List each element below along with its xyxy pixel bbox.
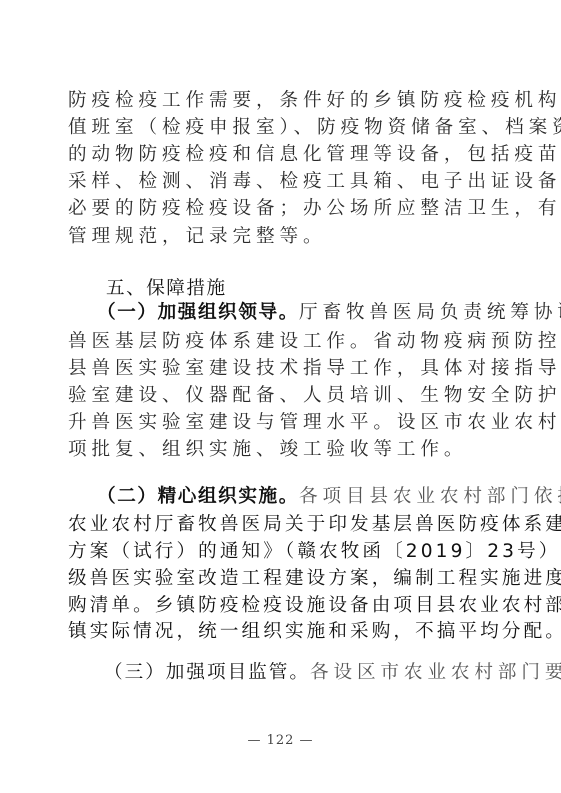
paragraph-line: 级兽医实验室改造工程建设方案，编制工程实施进度表和设备采 (68, 568, 494, 590)
document-page: 防疫检疫工作需要，条件好的乡镇防疫检疫机构，要设立办公室、 值班室（检疫申报室）… (0, 0, 561, 793)
paragraph-line: 管理规范，记录完整等。 (68, 226, 494, 248)
paragraph-line: 升兽医实验室建设与管理水平。设区市农业农村部门负责项目立 (68, 412, 494, 434)
item3-first-line-text: 各设区市农业农村部门要认真审核县 (310, 662, 561, 683)
paragraph-line: 采样、检测、消毒、检疫工具箱、电子出证设备、专用摩托车等 (68, 171, 494, 193)
paragraph-line: 的动物防疫检疫和信息化管理等设备，包括疫苗冷藏、疫苗运输、 (68, 144, 494, 166)
paragraph-line: 县兽医实验室建设技术指导工作，具体对接指导项目实施单位实 (68, 358, 494, 380)
paragraph-line: 必要的防疫检疫设备；办公场所应整洁卫生，有科学的工作机制， (68, 198, 494, 220)
paragraph-line: 镇实际情况，统一组织实施和采购，不搞平均分配。 (68, 621, 494, 643)
paragraph-line: 值班室（检疫申报室）、防疫物资储备室、档案资料室等；有相应 (68, 117, 494, 139)
item1-first-line: （一）加强组织领导。厅畜牧兽医局负责统筹协调指导全省 (97, 302, 494, 324)
paragraph-line: 购清单。乡镇防疫检疫设施设备由项目县农业农村部门根据各乡 (68, 595, 494, 617)
item3-title: （三）加强项目监管。 (104, 662, 310, 683)
item1-first-line-text: 厅畜牧兽医局负责统筹协调指导全省 (299, 302, 561, 323)
paragraph-line: 兽医基层防疫体系建设工作。省动物疫病预防控制中心负责项目 (68, 331, 494, 353)
item3-first-line: （三）加强项目监管。各设区市农业农村部门要认真审核县 (104, 662, 494, 684)
item2-title: （二）精心组织实施。 (97, 486, 299, 507)
section-heading: 五、保障措施 (106, 278, 494, 300)
item2-first-line-text: 各项目县农业农村部门依据《江西省 (299, 486, 561, 507)
paragraph-line: 防疫检疫工作需要，条件好的乡镇防疫检疫机构，要设立办公室、 (68, 90, 494, 112)
item1-title: （一）加强组织领导。 (97, 302, 299, 323)
item2-first-line: （二）精心组织实施。各项目县农业农村部门依据《江西省 (97, 486, 494, 508)
paragraph-line: 项批复、组织实施、竣工验收等工作。 (68, 439, 494, 461)
paragraph-line: 方案（试行）的通知》（赣农牧函〔2019〕23号）要求，细化县 (68, 541, 494, 563)
paragraph-line: 农业农村厅畜牧兽医局关于印发基层兽医防疫体系建设项目实施 (68, 514, 494, 536)
paragraph-line: 验室建设、仪器配备、人员培训、生物安全防护等工作，切实提 (68, 385, 494, 407)
page-number: — 122 — (0, 733, 561, 748)
